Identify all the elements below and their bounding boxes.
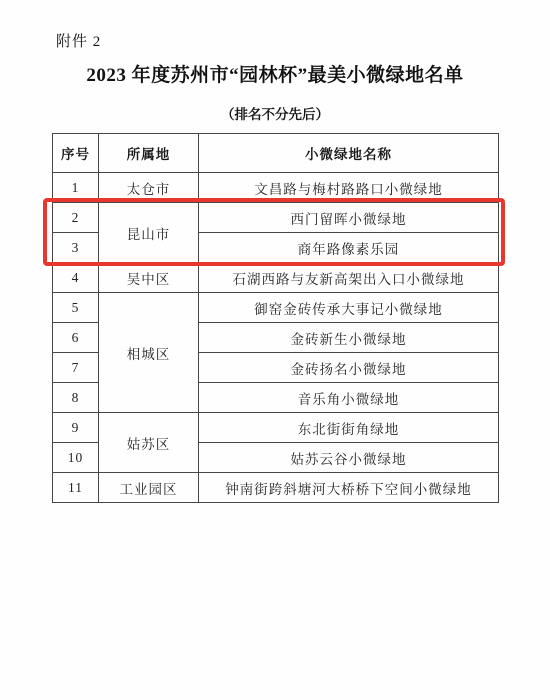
- table-row: 2 昆山市 西门留晖小微绿地: [53, 203, 499, 233]
- greenspace-name-cell: 商年路像素乐园: [199, 233, 499, 263]
- district-cell: 太仓市: [99, 173, 199, 203]
- row-number-cell: 6: [53, 323, 99, 353]
- table-row: 1 太仓市 文昌路与梅村路路口小微绿地: [53, 173, 499, 203]
- row-number-cell: 1: [53, 173, 99, 203]
- table-row: 11 工业园区 钟南街跨斜塘河大桥桥下空间小微绿地: [53, 473, 499, 503]
- district-cell: 姑苏区: [99, 413, 199, 473]
- scanned-document-page: 附件 2 2023 年度苏州市“园林杯”最美小微绿地名单 （排名不分先后） 序号…: [0, 0, 550, 700]
- row-number-cell: 3: [53, 233, 99, 263]
- row-number-cell: 2: [53, 203, 99, 233]
- greenspace-list-table: 序号 所属地 小微绿地名称 1 太仓市 文昌路与梅村路路口小微绿地 2 昆山市 …: [52, 133, 499, 503]
- header-index: 序号: [53, 134, 99, 173]
- document-title: 2023 年度苏州市“园林杯”最美小微绿地名单: [0, 60, 550, 87]
- table-row: 5 相城区 御窑金砖传承大事记小微绿地: [53, 293, 499, 323]
- table-header-row: 序号 所属地 小微绿地名称: [53, 134, 499, 173]
- row-number-cell: 7: [53, 353, 99, 383]
- row-number-cell: 4: [53, 263, 99, 293]
- greenspace-name-cell: 御窑金砖传承大事记小微绿地: [199, 293, 499, 323]
- row-number-cell: 8: [53, 383, 99, 413]
- greenspace-name-cell: 金砖扬名小微绿地: [199, 353, 499, 383]
- greenspace-name-cell: 文昌路与梅村路路口小微绿地: [199, 173, 499, 203]
- row-number-cell: 9: [53, 413, 99, 443]
- greenspace-name-cell: 音乐角小微绿地: [199, 383, 499, 413]
- row-number-cell: 5: [53, 293, 99, 323]
- greenspace-name-cell: 西门留晖小微绿地: [199, 203, 499, 233]
- header-greenspace-name: 小微绿地名称: [199, 134, 499, 173]
- district-cell: 昆山市: [99, 203, 199, 263]
- document-subtitle: （排名不分先后）: [0, 103, 550, 123]
- district-cell: 相城区: [99, 293, 199, 413]
- district-cell: 工业园区: [99, 473, 199, 503]
- header-district: 所属地: [99, 134, 199, 173]
- table-row: 9 姑苏区 东北街街角绿地: [53, 413, 499, 443]
- row-number-cell: 10: [53, 443, 99, 473]
- row-number-cell: 11: [53, 473, 99, 503]
- greenspace-name-cell: 姑苏云谷小微绿地: [199, 443, 499, 473]
- attachment-label: 附件 2: [56, 30, 101, 51]
- greenspace-name-cell: 石湖西路与友新高架出入口小微绿地: [199, 263, 499, 293]
- greenspace-name-cell: 东北街街角绿地: [199, 413, 499, 443]
- district-cell: 吴中区: [99, 263, 199, 293]
- greenspace-name-cell: 金砖新生小微绿地: [199, 323, 499, 353]
- greenspace-name-cell: 钟南街跨斜塘河大桥桥下空间小微绿地: [199, 473, 499, 503]
- table-row: 4 吴中区 石湖西路与友新高架出入口小微绿地: [53, 263, 499, 293]
